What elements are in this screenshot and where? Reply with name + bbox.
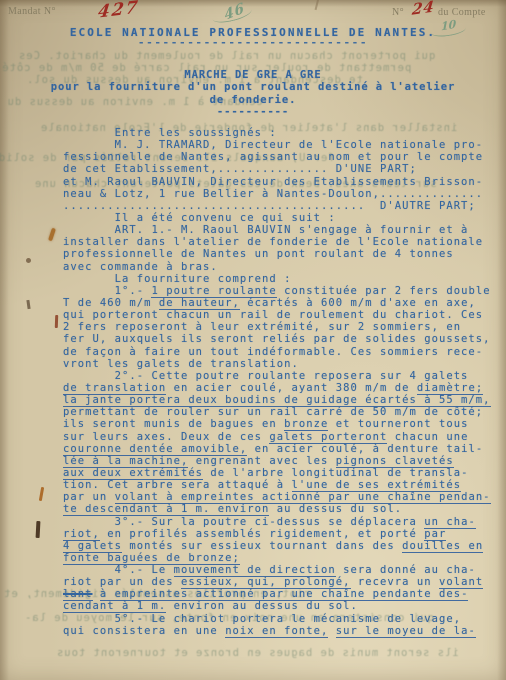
text-line: vront les galets de translation. <box>63 358 501 370</box>
text-line: 5°.- Le chariot portera le mécanisme de … <box>63 613 501 625</box>
text-line: 2 fers reposeront à leur extrémité, sur … <box>63 321 501 333</box>
text-line: Entre les soussignés : <box>63 127 501 139</box>
compte-number-handwritten: 24 <box>411 0 436 19</box>
text-line: T de 460 m/m de hauteur, écartés à 600 m… <box>63 297 501 309</box>
subtitle-underline-dashes: ---------- <box>0 106 506 118</box>
text-line: de cet Etablissement,............... D'U… <box>63 163 501 175</box>
text-line: riot par un des essieux, qui, prolongé, … <box>63 576 501 588</box>
text-line: tion. Cet arbre sera attaqué à l'une de … <box>63 479 501 491</box>
text-line: La fourniture comprend : <box>63 273 501 285</box>
ink-mark <box>26 300 30 309</box>
text-line: 4°.- Le mouvement de direction sera donn… <box>63 564 501 576</box>
text-line: cendant à 1 m. environ au dessus du sol. <box>63 600 501 612</box>
text-line: permettant de rouler sur un rail carré d… <box>63 406 501 418</box>
compte-label: du Compte <box>438 7 486 18</box>
text-line: 2°.- Cette poutre roulante reposera sur … <box>63 370 501 382</box>
document-body: Entre les soussignés : M. J. TRAMARD, Di… <box>63 127 501 637</box>
text-line: la jante portera deux boudins de guidage… <box>63 394 501 406</box>
paper-crease <box>315 0 320 10</box>
compte-no-label: N° <box>392 7 404 18</box>
text-line: te descendant à 1 m. environ au dessus d… <box>63 503 501 515</box>
text-line: couronne dentée amovible, en acier coulé… <box>63 443 501 455</box>
text-line: installer dans l'atelier de fonderie de … <box>63 236 501 248</box>
text-line: ART. 1.- M. Raoul BAUVIN s'engage à four… <box>63 224 501 236</box>
red-margin-mark <box>55 315 58 328</box>
subtitle-line3: de fonderie. <box>0 94 506 106</box>
text-line: Il a été convenu ce qui suit : <box>63 212 501 224</box>
text-line: fer U, auxquels ils seront reliés par de… <box>63 333 501 345</box>
mandat-number-handwritten: 427 <box>97 0 141 23</box>
bleedthrough-text: qui porteront chacun un rail de roulemen… <box>18 50 435 62</box>
subtitle-line1: MARCHE DE GRE A GRE <box>0 69 506 81</box>
text-line: par un volant à empreintes actionné par … <box>63 491 501 503</box>
text-line: de façon à faire un tout indéformable. C… <box>63 346 501 358</box>
rust-stain <box>39 487 44 501</box>
text-line: sur leurs axes. Deux de ces galets porte… <box>63 431 501 443</box>
text-line: ........................................… <box>63 200 501 212</box>
text-line: neau & Lotz, 1 rue Bellier à Nantes-Doul… <box>63 188 501 200</box>
text-line: 4 galets montés sur essieux tournant dan… <box>63 540 501 552</box>
text-line: ils seront munis de bagues en bronze et … <box>63 418 501 430</box>
text-line: lée à la machine, engrenant avec les pig… <box>63 455 501 467</box>
text-line: professionnelle de Nantes un pont roulan… <box>63 248 501 260</box>
text-line: 1°.- 1 poutre roulante constituée par 2 … <box>63 285 501 297</box>
ink-blot <box>36 521 41 538</box>
text-line: fonte baguées de bronze; <box>63 552 501 564</box>
green-flourish <box>211 3 253 25</box>
text-line: et M. Raoul BAUVIN, Directeur des Etabli… <box>63 176 501 188</box>
text-line: qui porteront chacun un rail de roulemen… <box>63 309 501 321</box>
rust-stain <box>48 228 56 242</box>
text-line: fessionnelle de Nantes, agissant au nom … <box>63 151 501 163</box>
document-page: qui porteront chacun un rail de roulemen… <box>0 0 506 680</box>
mandat-label: Mandat N° <box>8 6 56 17</box>
text-line: lant à empreintes actionné par une chaîn… <box>63 588 501 600</box>
text-line: avec commande à bras. <box>63 261 501 273</box>
text-line: 3°.- Sur la poutre ci-dessus se déplacer… <box>63 516 501 528</box>
ink-spot <box>26 258 31 263</box>
subtitle-line2: pour la fourniture d'un pont roulant des… <box>0 81 506 93</box>
document-subtitle: MARCHE DE GRE A GRE pour la fourniture d… <box>0 69 506 118</box>
text-line: M. J. TRAMARD, Directeur de l'Ecole nati… <box>63 139 501 151</box>
text-line: riot, en profilés assemblés rigidement, … <box>63 528 501 540</box>
text-line: de translation en acier coulé, ayant 380… <box>63 382 501 394</box>
text-line: qui consistera en une noix en fonte, sur… <box>63 625 501 637</box>
bleedthrough-text: ils seront munis de bagues en bronze et … <box>56 647 459 659</box>
text-line: aux deux extrémités de l'arbre longitudi… <box>63 467 501 479</box>
title-underline-dashes: ---------------------------- <box>0 36 506 49</box>
